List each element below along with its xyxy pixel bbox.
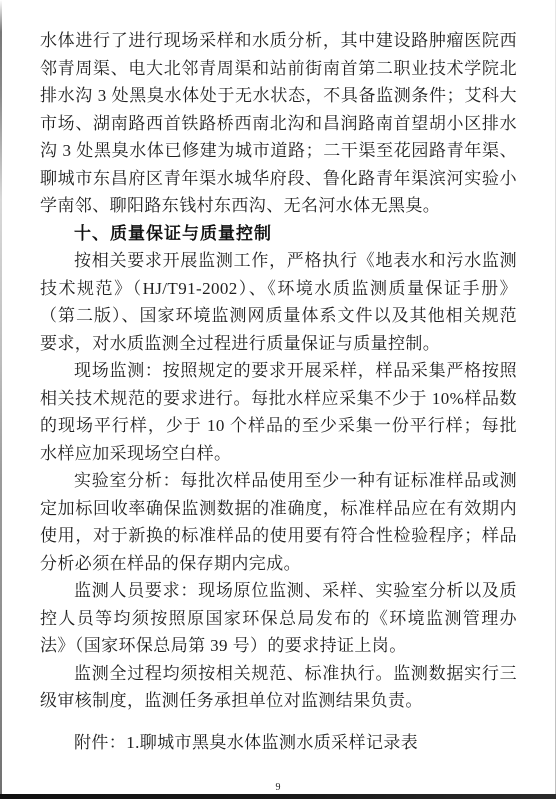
paragraph-field-monitoring: 现场监测：按照规定的要求开展采样，样品采集严格按照相关技术规范的要求进行。每批水…	[40, 357, 517, 467]
attachment-line: 附件：1.聊城市黑臭水体监测水质采样记录表	[40, 729, 517, 757]
page-number: 9	[276, 782, 281, 793]
scan-artifact-bottom-edge	[0, 794, 556, 799]
paragraph-continuation: 水体进行了进行现场采样和水质分析，其中建设路肿瘤医院西邻青周渠、电大北邻青周渠和…	[40, 27, 517, 220]
section-heading: 十、质量保证与质量控制	[40, 220, 517, 248]
scan-artifact-left-edge	[0, 0, 2, 799]
page-body: 水体进行了进行现场采样和水质分析，其中建设路肿瘤医院西邻青周渠、电大北邻青周渠和…	[40, 27, 517, 756]
paragraph-personnel-requirements: 监测人员要求：现场原位监测、采样、实验室分析以及质控人员等均须按照原国家环保总局…	[40, 577, 517, 660]
document-page: 水体进行了进行现场采样和水质分析，其中建设路肿瘤医院西邻青周渠、电大北邻青周渠和…	[0, 0, 556, 799]
paragraph-lab-analysis: 实验室分析：每批次样品使用至少一种有证标准样品或测定加标回收率确保监测数据的准确…	[40, 467, 517, 577]
page-footer: 9	[0, 777, 556, 795]
paragraph-process-review: 监测全过程均须按相关规范、标准执行。监测数据实行三级审核制度，监测任务承担单位对…	[40, 660, 517, 715]
paragraph-quality-overview: 按相关要求开展监测工作，严格执行《地表水和污水监测技术规范》（HJ/T91-20…	[40, 247, 517, 357]
